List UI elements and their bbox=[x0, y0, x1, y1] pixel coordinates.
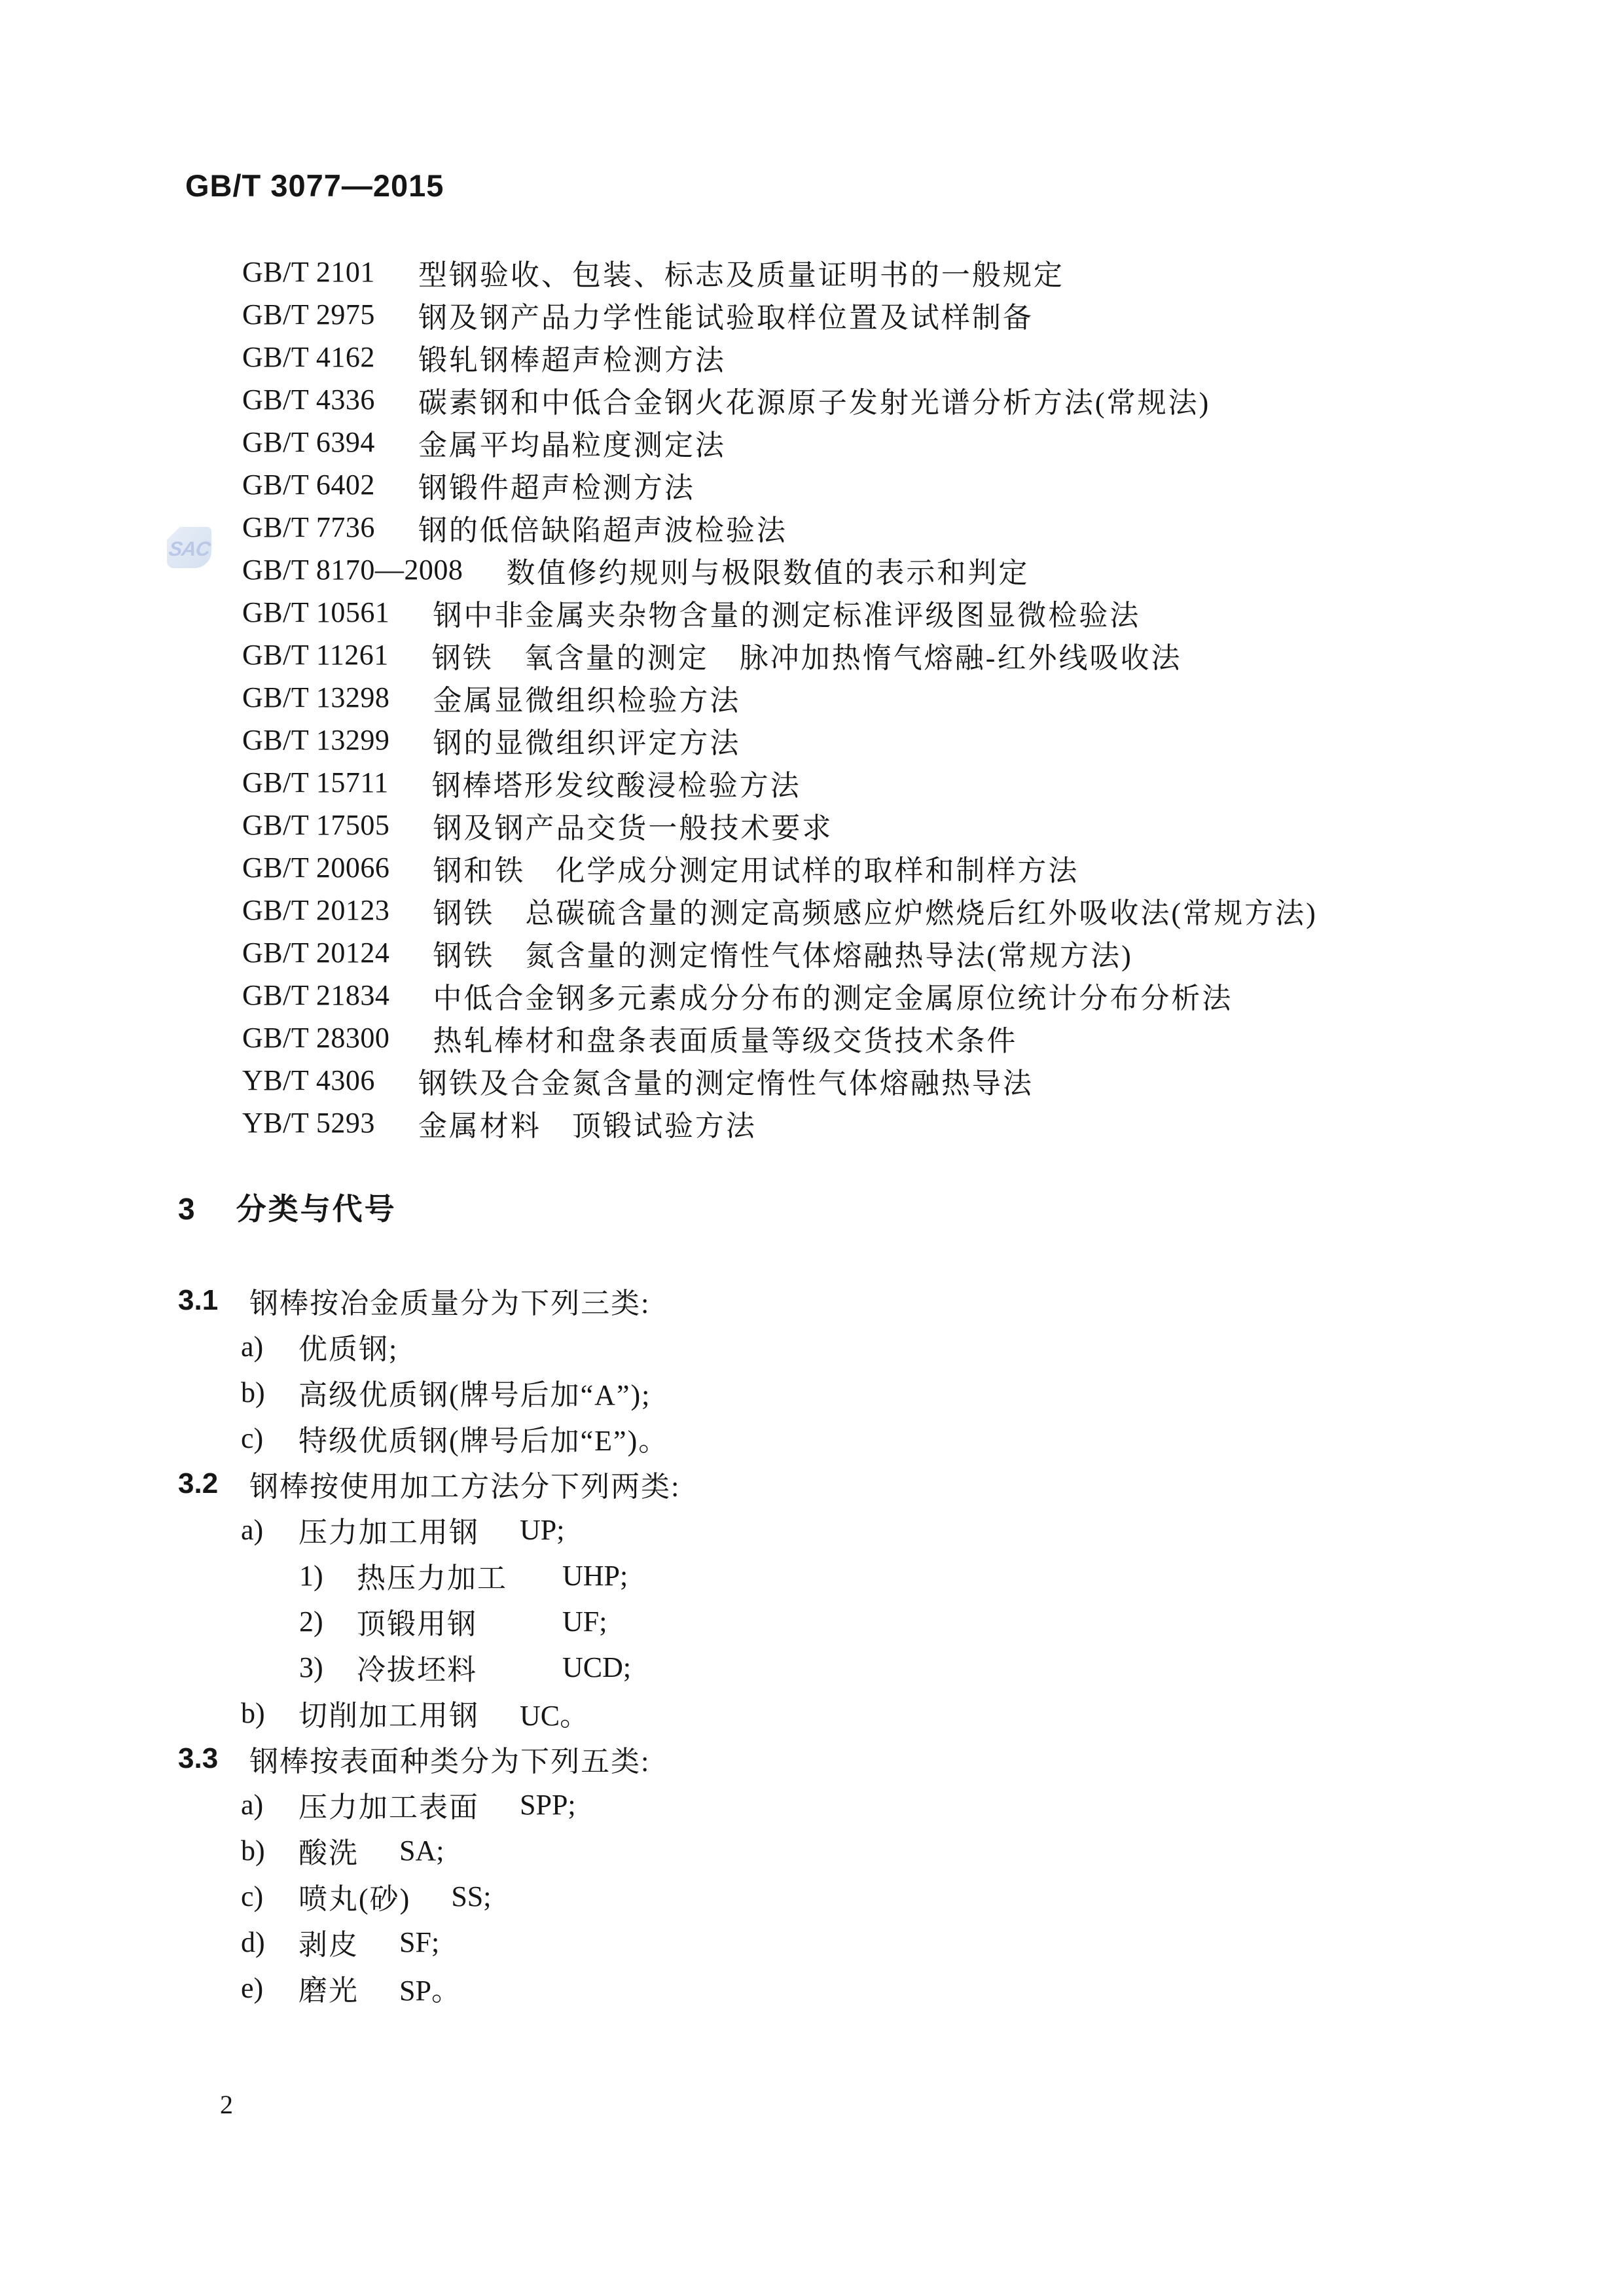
reference-code: GB/T 20123 bbox=[242, 893, 389, 927]
list-item-code: SF; bbox=[399, 1926, 439, 1959]
reference-item: GB/T 8170—2008数值修约规则与极限数值的表示和判定 bbox=[242, 548, 1318, 591]
reference-code: GB/T 4162 bbox=[242, 340, 375, 374]
section-3-body: 3.1 钢棒按冶金质量分为下列三类: a) 优质钢; b) 高级优质钢(牌号后加… bbox=[0, 1278, 1624, 2011]
sub-item-marker: 2) bbox=[299, 1605, 357, 1638]
document-page: GB/T 3077—2015 SAC GB/T 2101型钢验收、包装、标志及质… bbox=[0, 0, 1624, 2296]
sub-item-code: UCD; bbox=[562, 1651, 631, 1684]
sub-list-item: 3) 冷拔坯料 UCD; bbox=[0, 1644, 1624, 1690]
reference-item: GB/T 21834中低合金钢多元素成分分布的测定金属原位统计分布分析法 bbox=[242, 974, 1318, 1016]
reference-code: GB/T 11261 bbox=[242, 638, 389, 672]
section-number: 3 bbox=[178, 1194, 195, 1224]
reference-title: 钢铁 氧含量的测定 脉冲加热惰气熔融-红外线吸收法 bbox=[432, 634, 1182, 676]
reference-title: 钢铁 氮含量的测定惰性气体熔融热导法(常规方法) bbox=[433, 932, 1132, 974]
reference-code: GB/T 20066 bbox=[242, 851, 389, 884]
reference-code: YB/T 4306 bbox=[242, 1064, 375, 1097]
list-item-marker: b) bbox=[241, 1834, 298, 1867]
list-item: b) 切削加工用钢 UC。 bbox=[0, 1690, 1624, 1736]
list-item: c) 喷丸(砂) SS; bbox=[0, 1873, 1624, 1919]
reference-item: GB/T 11261钢铁 氧含量的测定 脉冲加热惰气熔融-红外线吸收法 bbox=[242, 634, 1318, 676]
list-item-code: SPP; bbox=[520, 1788, 576, 1821]
sub-item-text: 顶锻用钢 bbox=[357, 1600, 562, 1642]
clause-3-3: 3.3 钢棒按表面种类分为下列五类: bbox=[0, 1736, 1624, 1782]
reference-title: 数值修约规则与极限数值的表示和判定 bbox=[506, 549, 1029, 591]
list-item: b) 高级优质钢(牌号后加“A”); bbox=[0, 1369, 1624, 1415]
reference-title: 金属平均晶粒度测定法 bbox=[418, 422, 726, 463]
list-item-code: UP; bbox=[520, 1513, 564, 1547]
list-item-text: 酸洗 bbox=[298, 1829, 359, 1871]
list-item-marker: a) bbox=[241, 1788, 298, 1821]
reference-item: GB/T 6394金属平均晶粒度测定法 bbox=[242, 421, 1318, 463]
reference-title: 钢棒塔形发纹酸浸检验方法 bbox=[432, 762, 801, 804]
reference-code: GB/T 6394 bbox=[242, 425, 375, 459]
list-item-code: SA; bbox=[399, 1834, 444, 1867]
reference-item: GB/T 10561钢中非金属夹杂物含量的测定标准评级图显微检验法 bbox=[242, 591, 1318, 634]
reference-item: GB/T 2975钢及钢产品力学性能试验取样位置及试样制备 bbox=[242, 293, 1318, 336]
reference-item: GB/T 2101型钢验收、包装、标志及质量证明书的一般规定 bbox=[242, 251, 1318, 293]
list-item-marker: d) bbox=[241, 1926, 298, 1959]
reference-item: GB/T 7736钢的低倍缺陷超声波检验法 bbox=[242, 506, 1318, 548]
list-item-marker: b) bbox=[241, 1696, 298, 1730]
list-item-text: 喷丸(砂) bbox=[298, 1875, 410, 1917]
list-item-marker: e) bbox=[241, 1971, 298, 2005]
reference-title: 金属材料 顶锻试验方法 bbox=[418, 1102, 757, 1144]
reference-item: GB/T 4162锻轧钢棒超声检测方法 bbox=[242, 336, 1318, 378]
clause-text: 钢棒按使用加工方法分下列两类: bbox=[249, 1463, 680, 1505]
reference-item: GB/T 20066钢和铁 化学成分测定用试样的取样和制样方法 bbox=[242, 846, 1318, 889]
normative-references-list: GB/T 2101型钢验收、包装、标志及质量证明书的一般规定 GB/T 2975… bbox=[242, 251, 1318, 1144]
reference-code: GB/T 17505 bbox=[242, 808, 389, 842]
reference-item: GB/T 13298金属显微组织检验方法 bbox=[242, 676, 1318, 719]
reference-item: GB/T 17505钢及钢产品交货一般技术要求 bbox=[242, 804, 1318, 846]
reference-code: GB/T 2101 bbox=[242, 255, 375, 289]
reference-title: 碳素钢和中低合金钢火花源原子发射光谱分析方法(常规法) bbox=[418, 379, 1210, 421]
list-item-marker: a) bbox=[241, 1513, 298, 1547]
sub-item-text: 冷拔坯料 bbox=[357, 1646, 562, 1688]
list-item-text: 优质钢; bbox=[298, 1325, 398, 1367]
list-item-code: SS; bbox=[451, 1880, 491, 1913]
list-item: e) 磨光 SP。 bbox=[0, 1965, 1624, 2011]
standard-number-header: GB/T 3077—2015 bbox=[185, 170, 444, 201]
reference-code: GB/T 15711 bbox=[242, 766, 389, 799]
reference-title: 钢铁 总碳硫含量的测定高频感应炉燃烧后红外吸收法(常规方法) bbox=[433, 889, 1317, 931]
reference-code: GB/T 21834 bbox=[242, 978, 389, 1012]
reference-title: 钢及钢产品交货一般技术要求 bbox=[433, 804, 833, 846]
list-item-marker: a) bbox=[241, 1330, 298, 1363]
reference-code: GB/T 13299 bbox=[242, 723, 389, 757]
clause-text: 钢棒按表面种类分为下列五类: bbox=[249, 1738, 650, 1780]
reference-title: 钢的显微组织评定方法 bbox=[433, 719, 740, 761]
list-item-text: 压力加工用钢 bbox=[298, 1509, 479, 1551]
list-item: b) 酸洗 SA; bbox=[0, 1827, 1624, 1873]
reference-item: GB/T 15711钢棒塔形发纹酸浸检验方法 bbox=[242, 761, 1318, 804]
reference-code: GB/T 2975 bbox=[242, 298, 375, 331]
sub-item-marker: 1) bbox=[299, 1559, 357, 1592]
clause-3-1: 3.1 钢棒按冶金质量分为下列三类: bbox=[0, 1278, 1624, 1323]
reference-code: GB/T 13298 bbox=[242, 681, 389, 714]
reference-item: GB/T 28300热轧棒材和盘条表面质量等级交货技术条件 bbox=[242, 1016, 1318, 1059]
reference-title: 金属显微组织检验方法 bbox=[433, 677, 740, 719]
reference-code: GB/T 28300 bbox=[242, 1021, 389, 1054]
reference-title: 钢锻件超声检测方法 bbox=[418, 464, 695, 506]
reference-code: GB/T 20124 bbox=[242, 936, 389, 969]
list-item-text: 高级优质钢(牌号后加“A”); bbox=[298, 1371, 651, 1413]
clause-number: 3.2 bbox=[178, 1467, 218, 1500]
clause-number: 3.3 bbox=[178, 1742, 218, 1775]
sac-logo-text: SAC bbox=[167, 537, 211, 561]
list-item-marker: c) bbox=[241, 1422, 298, 1455]
reference-title: 钢中非金属夹杂物含量的测定标准评级图显微检验法 bbox=[433, 592, 1140, 634]
list-item: a) 压力加工表面 SPP; bbox=[0, 1782, 1624, 1827]
list-item-code: UC。 bbox=[520, 1692, 588, 1734]
page-number: 2 bbox=[220, 2089, 233, 2120]
list-item: c) 特级优质钢(牌号后加“E”)。 bbox=[0, 1415, 1624, 1461]
reference-title: 钢的低倍缺陷超声波检验法 bbox=[418, 507, 787, 548]
list-item-code: SP。 bbox=[399, 1967, 460, 2009]
sub-item-code: UHP; bbox=[562, 1559, 628, 1592]
reference-title: 型钢验收、包装、标志及质量证明书的一般规定 bbox=[418, 251, 1064, 293]
list-item-text: 特级优质钢(牌号后加“E”)。 bbox=[298, 1417, 668, 1459]
list-item-marker: c) bbox=[241, 1880, 298, 1913]
sub-item-marker: 3) bbox=[299, 1651, 357, 1684]
clause-number: 3.1 bbox=[178, 1284, 218, 1317]
reference-title: 钢和铁 化学成分测定用试样的取样和制样方法 bbox=[433, 847, 1079, 889]
reference-code: GB/T 8170—2008 bbox=[242, 553, 463, 586]
sub-list-item: 2) 顶锻用钢 UF; bbox=[0, 1598, 1624, 1644]
reference-code: GB/T 4336 bbox=[242, 383, 375, 416]
sac-watermark-logo: SAC bbox=[167, 527, 211, 568]
reference-item: YB/T 4306钢铁及合金氮含量的测定惰性气体熔融热导法 bbox=[242, 1059, 1318, 1102]
sub-item-code: UF; bbox=[562, 1605, 607, 1638]
reference-item: GB/T 4336碳素钢和中低合金钢火花源原子发射光谱分析方法(常规法) bbox=[242, 378, 1318, 421]
reference-item: GB/T 13299钢的显微组织评定方法 bbox=[242, 719, 1318, 761]
list-item: d) 剥皮 SF; bbox=[0, 1919, 1624, 1965]
sub-item-text: 热压力加工 bbox=[357, 1554, 562, 1596]
reference-item: YB/T 5293金属材料 顶锻试验方法 bbox=[242, 1102, 1318, 1144]
reference-code: GB/T 7736 bbox=[242, 511, 375, 544]
reference-code: GB/T 6402 bbox=[242, 468, 375, 501]
list-item-text: 压力加工表面 bbox=[298, 1784, 479, 1825]
reference-item: GB/T 6402钢锻件超声检测方法 bbox=[242, 463, 1318, 506]
reference-code: GB/T 10561 bbox=[242, 596, 389, 629]
list-item: a) 压力加工用钢 UP; bbox=[0, 1507, 1624, 1552]
list-item-text: 剥皮 bbox=[298, 1921, 359, 1963]
reference-title: 锻轧钢棒超声检测方法 bbox=[418, 336, 726, 378]
reference-title: 钢铁及合金氮含量的测定惰性气体熔融热导法 bbox=[418, 1060, 1034, 1102]
section-3-heading: 3 分类与代号 bbox=[178, 1194, 397, 1224]
reference-item: GB/T 20123钢铁 总碳硫含量的测定高频感应炉燃烧后红外吸收法(常规方法) bbox=[242, 889, 1318, 931]
list-item: a) 优质钢; bbox=[0, 1323, 1624, 1369]
list-item-text: 磨光 bbox=[298, 1967, 359, 2009]
reference-title: 钢及钢产品力学性能试验取样位置及试样制备 bbox=[418, 294, 1034, 336]
reference-title: 中低合金钢多元素成分分布的测定金属原位统计分布分析法 bbox=[433, 975, 1233, 1016]
reference-code: YB/T 5293 bbox=[242, 1106, 375, 1139]
clause-text: 钢棒按冶金质量分为下列三类: bbox=[249, 1280, 650, 1321]
reference-title: 热轧棒材和盘条表面质量等级交货技术条件 bbox=[433, 1017, 1017, 1059]
list-item-text: 切削加工用钢 bbox=[298, 1692, 479, 1734]
list-item-marker: b) bbox=[241, 1376, 298, 1409]
clause-3-2: 3.2 钢棒按使用加工方法分下列两类: bbox=[0, 1461, 1624, 1507]
section-title: 分类与代号 bbox=[236, 1194, 397, 1224]
reference-item: GB/T 20124钢铁 氮含量的测定惰性气体熔融热导法(常规方法) bbox=[242, 931, 1318, 974]
sub-list-item: 1) 热压力加工 UHP; bbox=[0, 1552, 1624, 1598]
